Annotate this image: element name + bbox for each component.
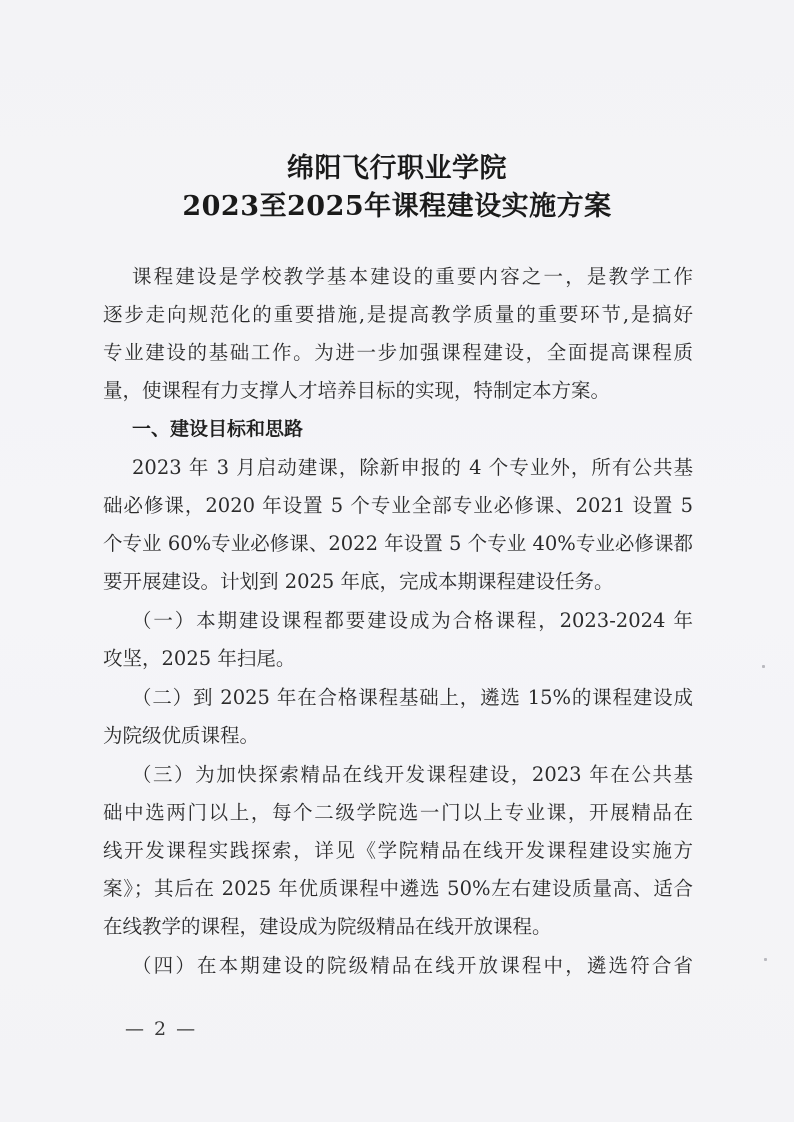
paragraph-intro-line-4: 量，使课程有力支撑人才培养目标的实现，特制定本方案。: [103, 376, 693, 406]
paragraph-intro-line-1: 课程建设是学校教学基本建设的重要内容之一，是教学工作: [132, 262, 693, 292]
item-3-line-2: 础中选两门以上，每个二级学院选一门以上专业课，开展精品在: [103, 798, 693, 828]
page-number: — 2 —: [125, 1018, 197, 1040]
document-title-institution: 绵阳飞行职业学院: [0, 146, 794, 185]
scan-speck: [764, 958, 767, 961]
scan-speck: [762, 665, 765, 668]
paragraph-goals-line-2: 础必修课，2020 年设置 5 个专业全部专业必修课、2021 设置 5: [103, 491, 693, 521]
paragraph-intro-line-2: 逐步走向规范化的重要措施,是提高教学质量的重要环节,是搞好: [103, 300, 693, 330]
item-1-line-1: （一）本期建设课程都要建设成为合格课程，2023-2024 年: [132, 606, 693, 636]
item-3-line-5: 在线教学的课程，建设成为院级精品在线开放课程。: [103, 912, 693, 942]
document-title-plan: 2023至2025年课程建设实施方案: [0, 184, 794, 223]
paragraph-goals-line-3: 个专业 60%专业必修课、2022 年设置 5 个专业 40%专业必修课都: [103, 529, 693, 559]
paragraph-intro-line-3: 专业建设的基础工作。为进一步加强课程建设，全面提高课程质: [103, 338, 693, 368]
section-heading-goals: 一、建设目标和思路: [132, 414, 693, 444]
document-page: 绵阳飞行职业学院 2023至2025年课程建设实施方案 课程建设是学校教学基本建…: [0, 0, 794, 1122]
item-4-line-1: （四）在本期建设的院级精品在线开放课程中，遴选符合省: [132, 951, 693, 981]
paragraph-goals-line-4: 要开展建设。计划到 2025 年底，完成本期课程建设任务。: [103, 567, 693, 597]
item-1-line-2: 攻坚，2025 年扫尾。: [103, 644, 693, 674]
item-3-line-1: （三）为加快探索精品在线开发课程建设，2023 年在公共基: [132, 760, 693, 790]
item-2-line-2: 为院级优质课程。: [103, 721, 693, 751]
item-3-line-4: 案》；其后在 2025 年优质课程中遴选 50%左右建设质量高、适合: [103, 874, 693, 904]
item-2-line-1: （二）到 2025 年在合格课程基础上，遴选 15%的课程建设成: [132, 683, 693, 713]
paragraph-goals-line-1: 2023 年 3 月启动建课，除新申报的 4 个专业外，所有公共基: [132, 453, 693, 483]
item-3-line-3: 线开发课程实践探索，详见《学院精品在线开发课程建设实施方: [103, 836, 693, 866]
